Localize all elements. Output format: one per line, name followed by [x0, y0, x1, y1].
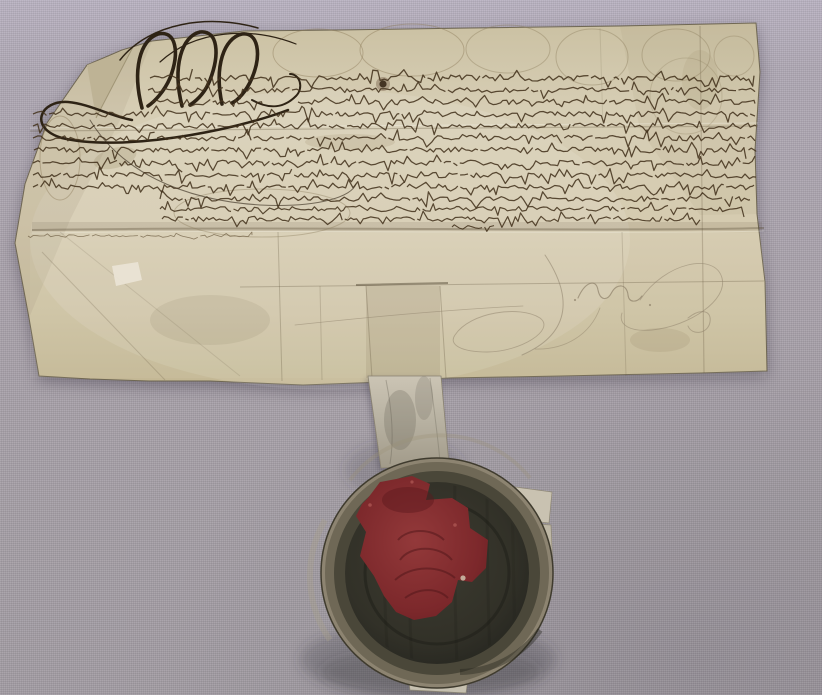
charter-parchment: [15, 22, 767, 390]
pendant-seal-assembly: [300, 376, 556, 695]
wax-chip-speck: [460, 575, 465, 580]
ink-blot: [379, 80, 386, 87]
photograph-background-fabric: [0, 0, 822, 695]
charter-photo: [0, 0, 822, 695]
